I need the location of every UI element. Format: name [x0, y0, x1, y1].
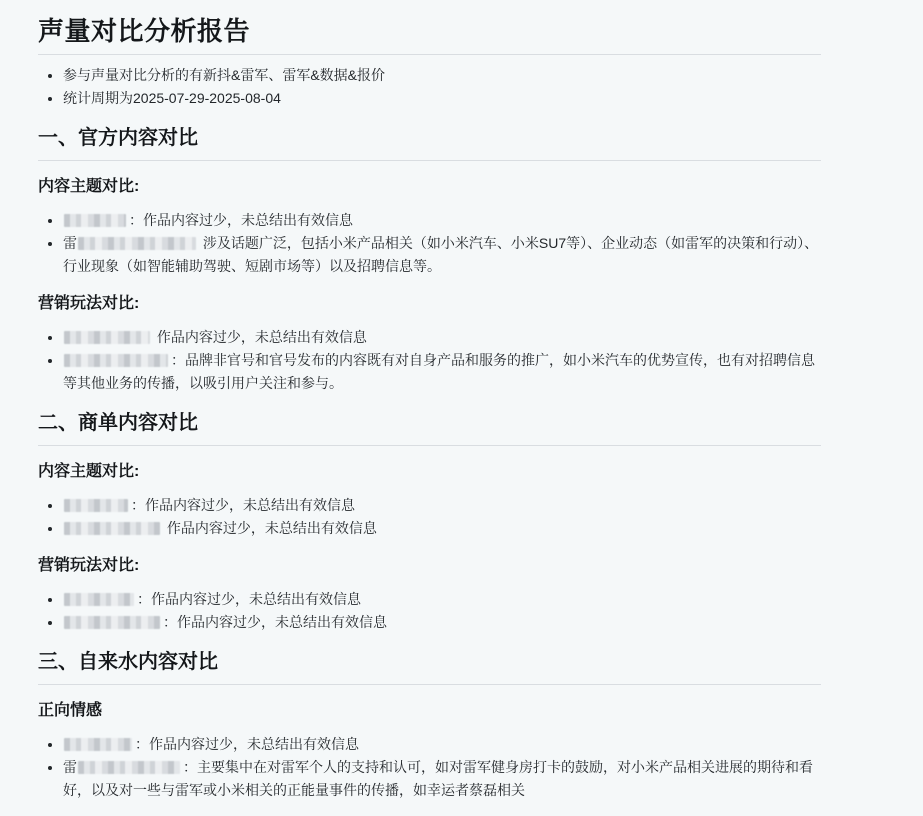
redacted-name-mosaic — [64, 331, 150, 344]
list-item: 作品内容过少，未总结出有效信息 — [63, 326, 821, 349]
list-item-text: 作品内容过少，未总结出有效信息 — [153, 329, 367, 345]
redacted-name-mosaic — [64, 354, 168, 367]
section-divider — [38, 445, 821, 446]
redacted-name-mosaic — [78, 237, 196, 250]
section-divider — [38, 160, 821, 161]
bullet-list: 作品内容过少，未总结出有效信息：品牌非官号和官号发布的内容既有对自身产品和服务的… — [38, 326, 821, 395]
list-item: 雷：主要集中在对雷军个人的支持和认可，如对雷军健身房打卡的鼓励，对小米产品相关进… — [63, 756, 821, 802]
subsection-heading: 营销玩法对比: — [38, 294, 821, 314]
bullet-list: ：作品内容过少，未总结出有效信息雷：主要集中在对雷军个人的支持和认可，如对雷军健… — [38, 733, 821, 802]
list-item-prefix: 雷 — [63, 759, 77, 775]
list-item-text: ：作品内容过少，未总结出有效信息 — [137, 591, 361, 607]
intro-list: 参与声量对比分析的有新抖&雷军、雷军&数据&报价统计周期为2025-07-29-… — [38, 64, 821, 110]
redacted-name-mosaic — [64, 499, 128, 512]
redacted-name-mosaic — [64, 214, 126, 227]
list-item-text: ：作品内容过少，未总结出有效信息 — [129, 212, 353, 228]
list-item-text: ：作品内容过少，未总结出有效信息 — [131, 497, 355, 513]
list-item: 作品内容过少，未总结出有效信息 — [63, 517, 821, 540]
bullet-list: ：作品内容过少，未总结出有效信息：作品内容过少，未总结出有效信息 — [38, 588, 821, 634]
bullet-list: ：作品内容过少，未总结出有效信息雷 涉及话题广泛，包括小米产品相关（如小米汽车、… — [38, 209, 821, 278]
list-item: ：品牌非官号和官号发布的内容既有对自身产品和服务的推广，如小米汽车的优势宣传，也… — [63, 349, 821, 395]
list-item: ：作品内容过少，未总结出有效信息 — [63, 494, 821, 517]
redacted-name-mosaic — [64, 738, 132, 751]
list-item: 统计周期为2025-07-29-2025-08-04 — [63, 87, 821, 110]
section-heading: 一、官方内容对比 — [38, 126, 821, 150]
report-document: 声量对比分析报告 参与声量对比分析的有新抖&雷军、雷军&数据&报价统计周期为20… — [0, 0, 821, 816]
section-heading: 二、商单内容对比 — [38, 411, 821, 435]
list-item: 参与声量对比分析的有新抖&雷军、雷军&数据&报价 — [63, 64, 821, 87]
list-item: ：作品内容过少，未总结出有效信息 — [63, 588, 821, 611]
list-item-prefix: 雷 — [63, 235, 77, 251]
redacted-name-mosaic — [78, 761, 180, 774]
subsection-heading: 内容主题对比: — [38, 177, 821, 197]
bullet-list: ：作品内容过少，未总结出有效信息 作品内容过少，未总结出有效信息 — [38, 494, 821, 540]
list-item: ：作品内容过少，未总结出有效信息 — [63, 611, 821, 634]
list-item: ：作品内容过少，未总结出有效信息 — [63, 209, 821, 232]
list-item-text: ：品牌非官号和官号发布的内容既有对自身产品和服务的推广，如小米汽车的优势宣传，也… — [63, 352, 815, 391]
section-divider — [38, 684, 821, 685]
list-item: 雷 涉及话题广泛，包括小米产品相关（如小米汽车、小米SU7等）、企业动态（如雷军… — [63, 232, 821, 278]
list-item-text: ：作品内容过少，未总结出有效信息 — [163, 614, 387, 630]
list-item-text: ：作品内容过少，未总结出有效信息 — [135, 736, 359, 752]
sections-container: 一、官方内容对比内容主题对比:：作品内容过少，未总结出有效信息雷 涉及话题广泛，… — [38, 126, 821, 802]
redacted-name-mosaic — [64, 522, 160, 535]
subsection-heading: 营销玩法对比: — [38, 556, 821, 576]
redacted-name-mosaic — [64, 593, 134, 606]
title-divider — [38, 54, 821, 55]
subsection-heading: 正向情感 — [38, 701, 821, 721]
redacted-name-mosaic — [64, 616, 160, 629]
list-item: ：作品内容过少，未总结出有效信息 — [63, 733, 821, 756]
list-item-text: 作品内容过少，未总结出有效信息 — [163, 520, 377, 536]
section-heading: 三、自来水内容对比 — [38, 650, 821, 674]
subsection-heading: 内容主题对比: — [38, 462, 821, 482]
page-title: 声量对比分析报告 — [38, 18, 821, 44]
